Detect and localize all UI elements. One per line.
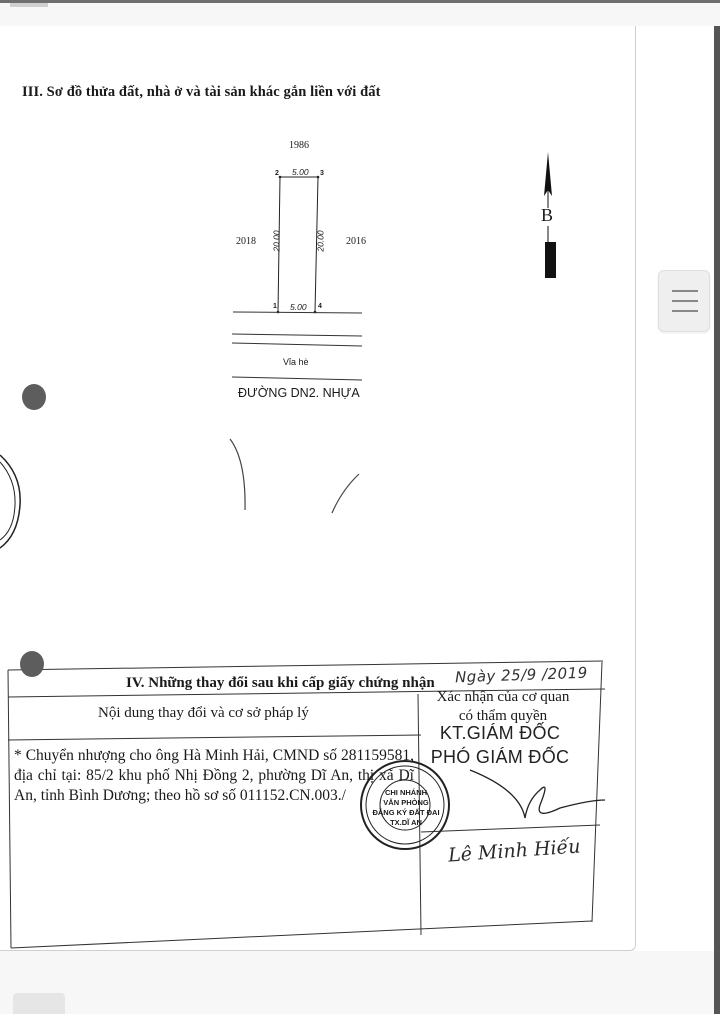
top-edge-length: 5.00 [292,167,309,177]
signature-title: KT.GIÁM ĐỐC PHÓ GIÁM ĐỐC [430,721,570,769]
hamburger-menu-icon [672,290,698,292]
neighbor-left-label: 2018 [236,236,256,247]
point-3: 3 [320,170,324,177]
change-content: * Chuyển nhượng cho ông Hà Minh Hải, CMN… [14,746,414,806]
neighbor-right-label: 2016 [346,236,366,247]
section4-title: IV. Những thay đổi sau khi cấp giấy chứn… [126,675,435,692]
sidewalk-label: Vỉa hè [283,357,309,367]
official-seal: CHI NHÁNH VĂN PHÒNG ĐĂNG KÝ ĐẤT ĐAI TX.D… [371,788,441,828]
viewer-bottom-button[interactable] [13,993,65,1014]
road-label: ĐƯỜNG DN2. NHỰA [238,386,360,400]
punch-hole [22,384,46,410]
punch-hole [20,651,44,677]
north-arrow-label: B [541,205,553,226]
land-plot-diagram [0,0,720,1014]
point-4: 4 [318,303,322,310]
neighbor-top-label: 1986 [289,140,309,151]
left-edge-length: 20.00 [272,230,282,251]
signature-title-line1: KT.GIÁM ĐỐC [430,721,570,745]
signature-title-line2: PHÓ GIÁM ĐỐC [430,745,570,769]
column-header-content: Nội dung thay đổi và cơ sở pháp lý [98,705,309,722]
point-1: 1 [273,303,277,310]
viewer-menu-button[interactable] [658,270,710,332]
bottom-edge-length: 5.00 [290,302,307,312]
point-2: 2 [275,170,279,177]
right-edge-length: 20.00 [316,230,326,251]
